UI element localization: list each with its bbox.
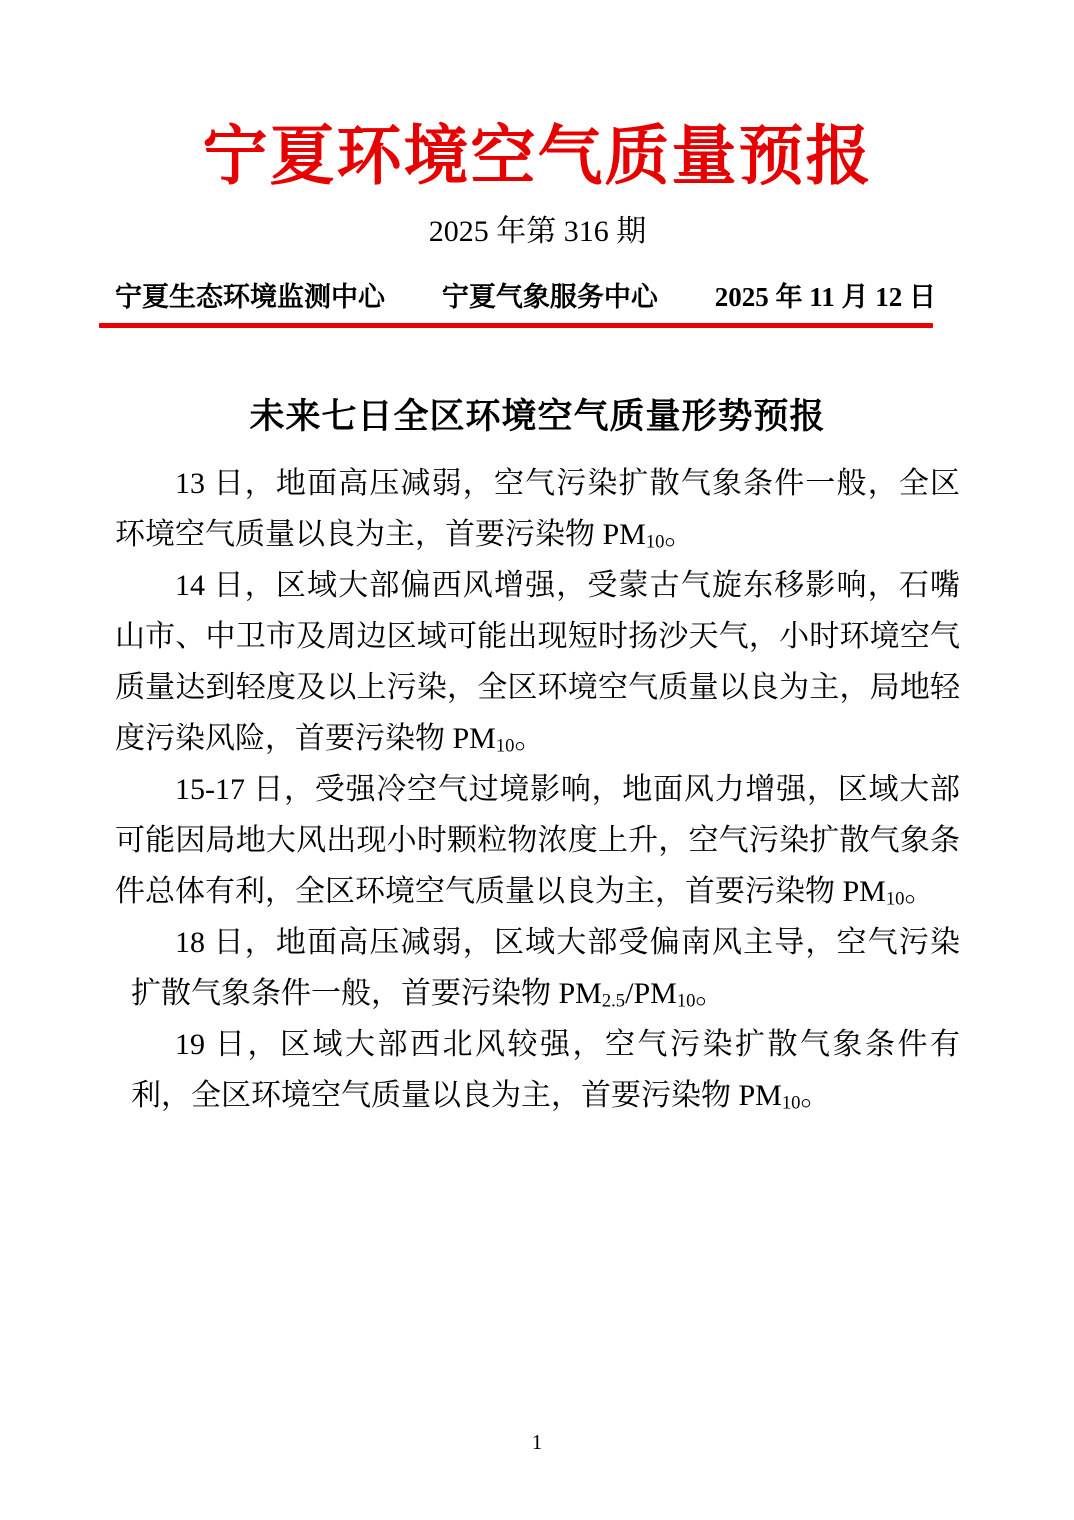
red-divider (99, 323, 933, 328)
page-number: 1 (0, 1430, 1074, 1455)
document-title: 宁夏环境空气质量预报 (95, 118, 980, 196)
forecast-paragraph-day14: 14 日，区域大部偏西风增强，受蒙古气旋东移影响，石嘴山市、中卫市及周边区域可能… (115, 560, 960, 764)
forecast-paragraph-day19: 19 日，区域大部西北风较强，空气污染扩散气象条件有利，全区环境空气质量以良为主… (115, 1019, 960, 1121)
header-info-row: 宁夏生态环境监测中心 宁夏气象服务中心 2025 年 11 月 12 日 (115, 275, 960, 323)
document-page: 宁夏环境空气质量预报 2025 年第 316 期 宁夏生态环境监测中心 宁夏气象… (0, 0, 1074, 1520)
org-monitoring-center: 宁夏生态环境监测中心 (115, 275, 385, 314)
org-meteorological-center: 宁夏气象服务中心 (442, 275, 658, 314)
issue-number: 2025 年第 316 期 (115, 212, 960, 251)
publish-date: 2025 年 11 月 12 日 (715, 275, 936, 314)
forecast-paragraph-day13: 13 日，地面高压减弱，空气污染扩散气象条件一般，全区环境空气质量以良为主，首要… (115, 458, 960, 560)
forecast-paragraph-day15-17: 15-17 日，受强冷空气过境影响，地面风力增强，区域大部可能因局地大风出现小时… (115, 764, 960, 917)
forecast-body: 13 日，地面高压减弱，空气污染扩散气象条件一般，全区环境空气质量以良为主，首要… (115, 458, 960, 1121)
forecast-paragraph-day18: 18 日，地面高压减弱，区域大部受偏南风主导，空气污染扩散气象条件一般，首要污染… (115, 917, 960, 1019)
section-title: 未来七日全区环境空气质量形势预报 (115, 394, 960, 440)
